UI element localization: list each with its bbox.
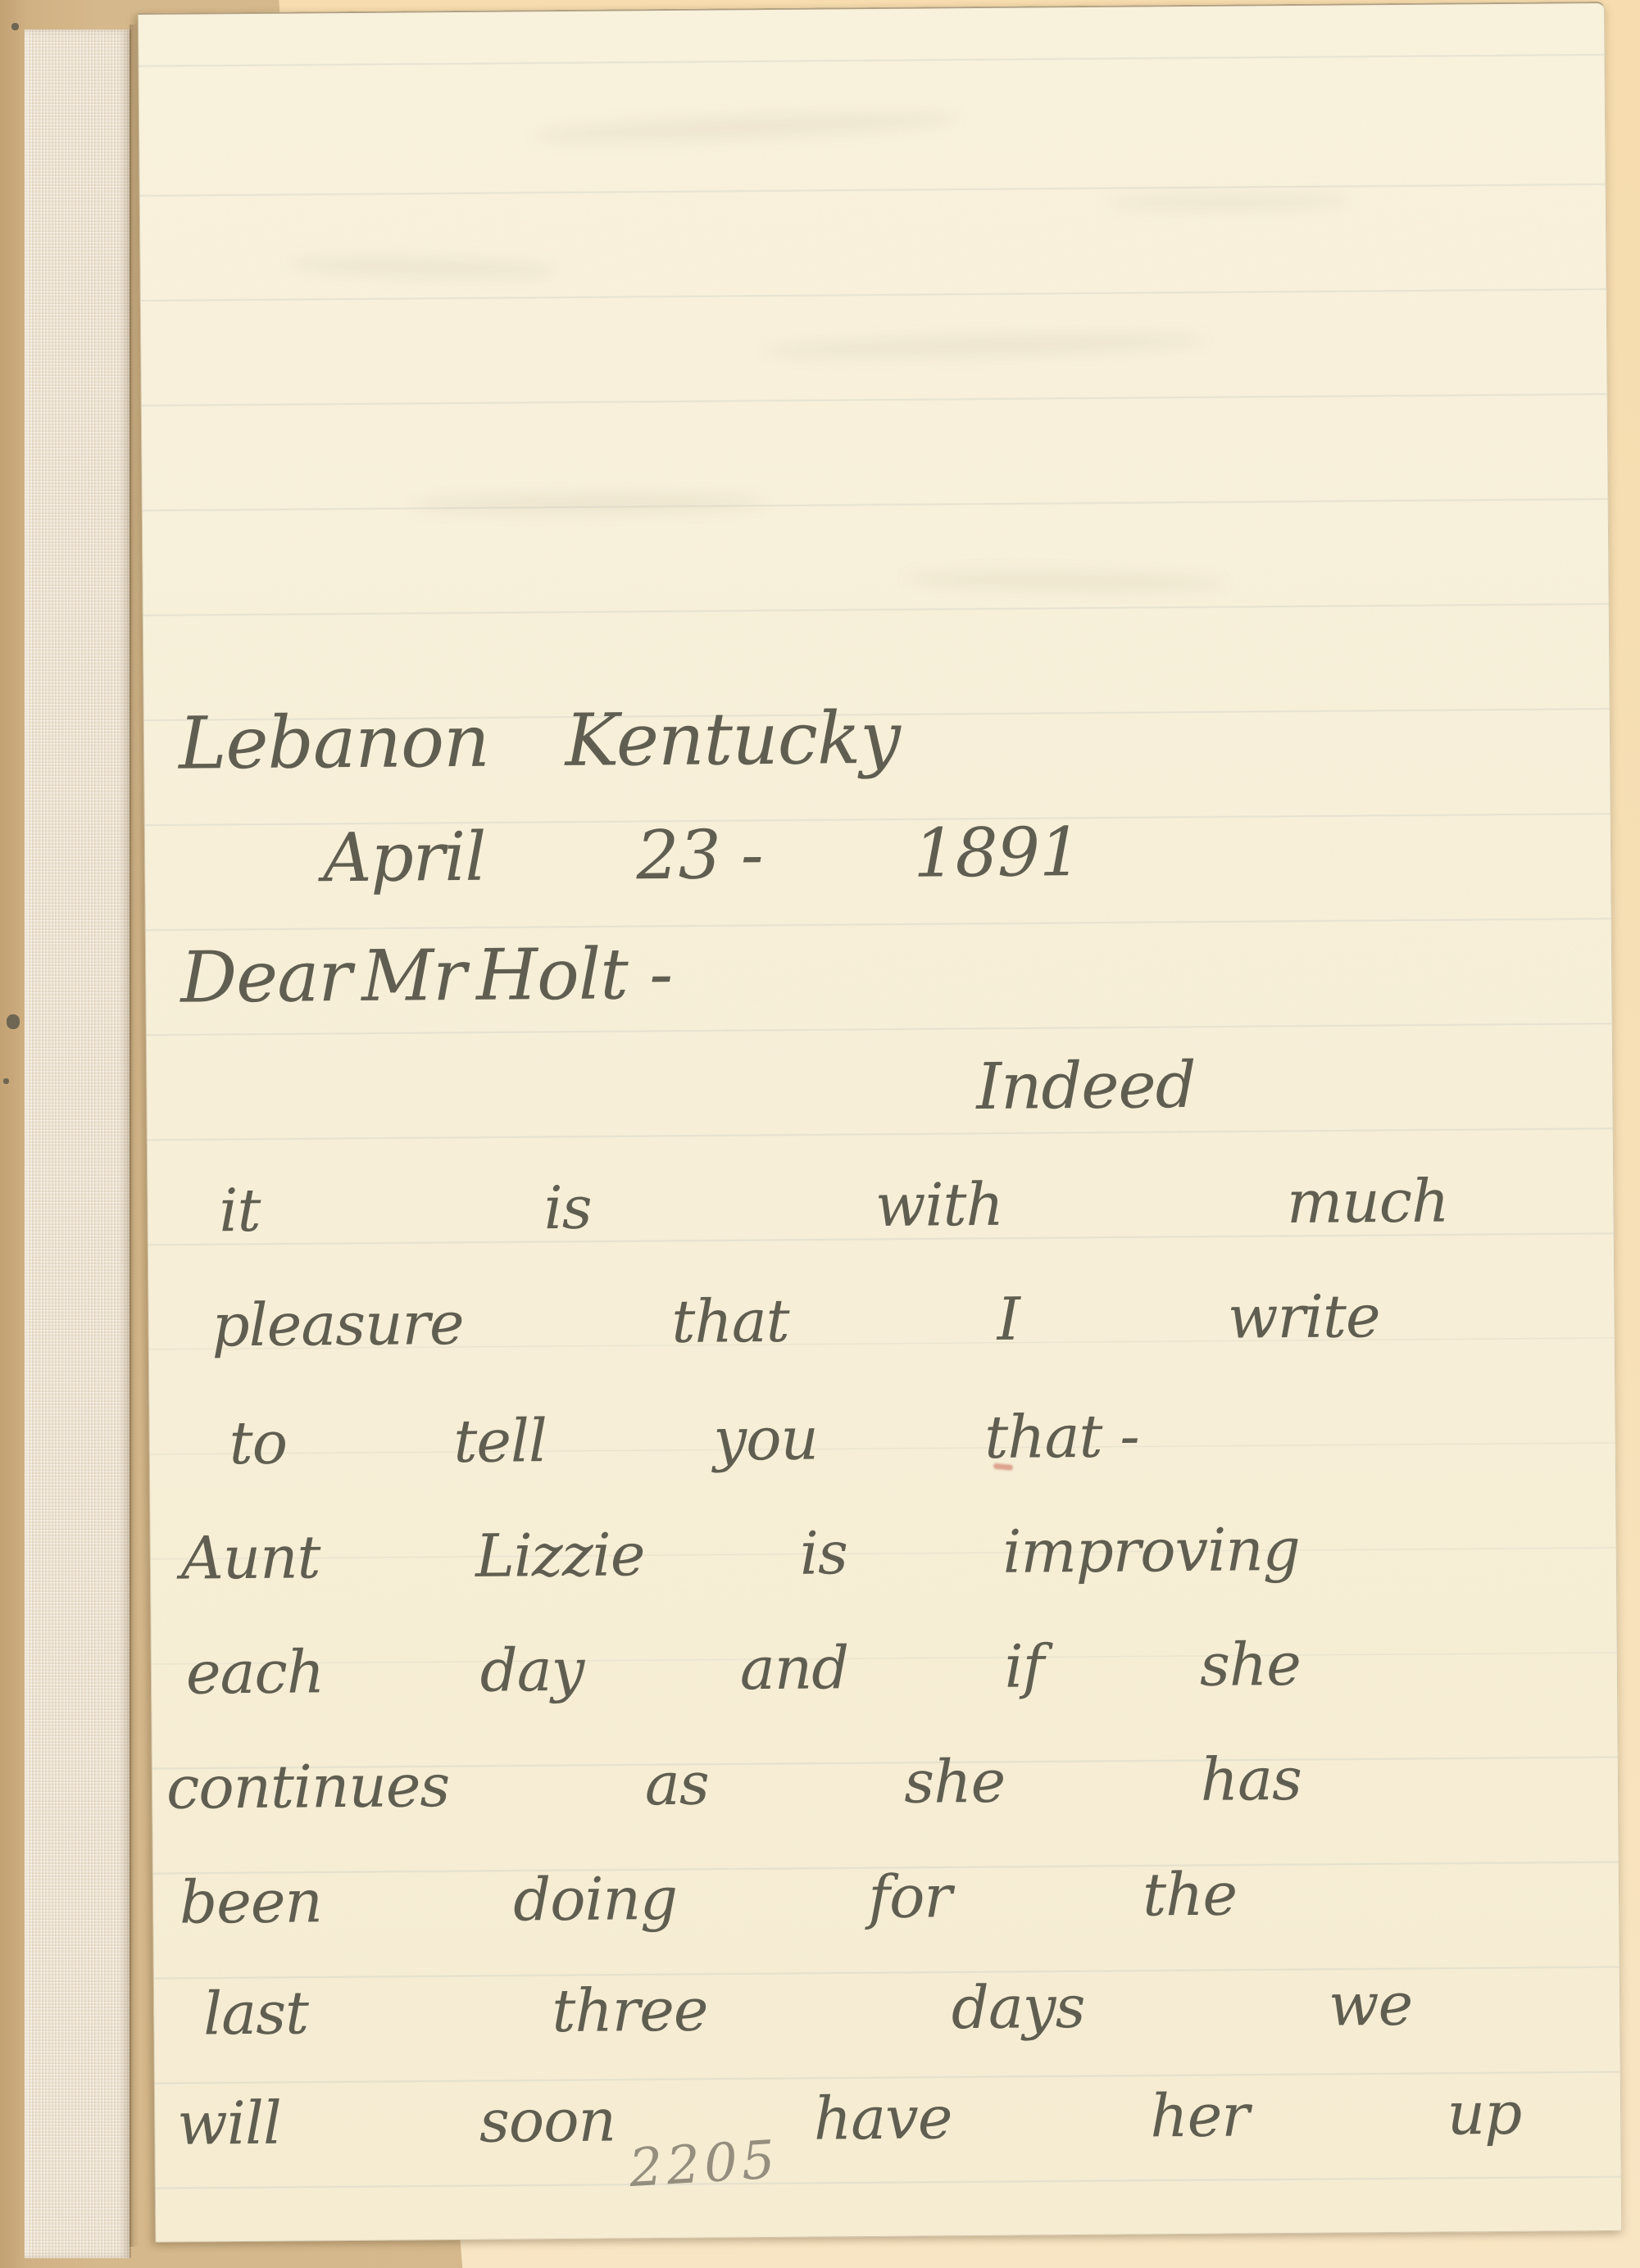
word: Indeed [976,1049,1196,1124]
letter-page: Lebanon Kentucky April 23 - 1891 Dear Mr… [138,2,1622,2243]
body-line: been doing for the [179,1860,1238,1937]
word: for [868,1862,952,1931]
place-line: Lebanon Kentucky [179,696,901,786]
word: pleasure [211,1289,464,1359]
word: as [645,1749,710,1819]
word: is [543,1173,592,1242]
word: April [323,819,486,898]
word: doing [513,1864,678,1935]
word: she [904,1747,1006,1817]
word: each [186,1637,325,1707]
dust-speck [3,1078,9,1084]
dust-speck [11,23,19,30]
binding-cloth-strip [25,29,129,2258]
word: has [1200,1744,1302,1814]
word: Holt - [476,933,673,1017]
word: Kentucky [565,696,900,782]
word: is [800,1518,848,1587]
word: if [1004,1631,1043,1700]
word: Dear [180,936,352,1019]
word: Lizzie [475,1520,645,1590]
word: will [177,2089,281,2158]
binding-seam-shadow [129,25,139,2247]
word: last [203,1978,308,2048]
word: improving [1002,1515,1300,1586]
word: Mr [361,935,466,1018]
word: much [1287,1166,1449,1236]
scanned-album-page: Lebanon Kentucky April 23 - 1891 Dear Mr… [0,0,1640,2268]
word: write [1228,1281,1380,1351]
body-line: pleasure that I write [211,1281,1380,1359]
word: days [951,1972,1084,2042]
word: continues [166,1751,450,1822]
word: it [219,1176,261,1245]
word: tell [453,1406,547,1476]
word: the [1143,1860,1238,1930]
word: that - [984,1401,1139,1471]
word: Aunt [180,1522,320,1592]
word: 1891 [913,814,1081,893]
word: Lebanon [179,699,489,786]
body-line: continues as she has [166,1744,1302,1822]
word: we [1329,1970,1413,2039]
word: that [671,1286,789,1356]
dust-speck [7,1014,20,1029]
body-line: it is with much [219,1166,1449,1245]
opening-word: Indeed [976,1049,1196,1124]
word: you [713,1404,818,1474]
word: have [813,2083,952,2152]
body-line: last three days we [203,1970,1413,2048]
word: her [1150,2080,1249,2150]
word: been [179,1867,322,1936]
body-line: Aunt Lizzie is improving [180,1515,1300,1593]
catalog-number: 2205 [628,2130,781,2199]
word: 23 - [636,816,763,895]
body-line: to tell you that - [229,1401,1139,1477]
word: three [552,1975,708,2045]
word: day [479,1635,584,1705]
word: soon [479,2086,616,2156]
word: she [1200,1630,1302,1699]
word: up [1447,2079,1521,2148]
date-line: April 23 - 1891 [323,814,1082,897]
word: I [997,1285,1020,1354]
body-line: each day and if she [186,1630,1302,1708]
word: with [875,1170,1004,1240]
word: and [739,1633,848,1703]
word: to [229,1408,287,1478]
salutation-line: Dear Mr Holt - [180,933,673,1019]
body-line: will soon have her up [177,2079,1522,2158]
